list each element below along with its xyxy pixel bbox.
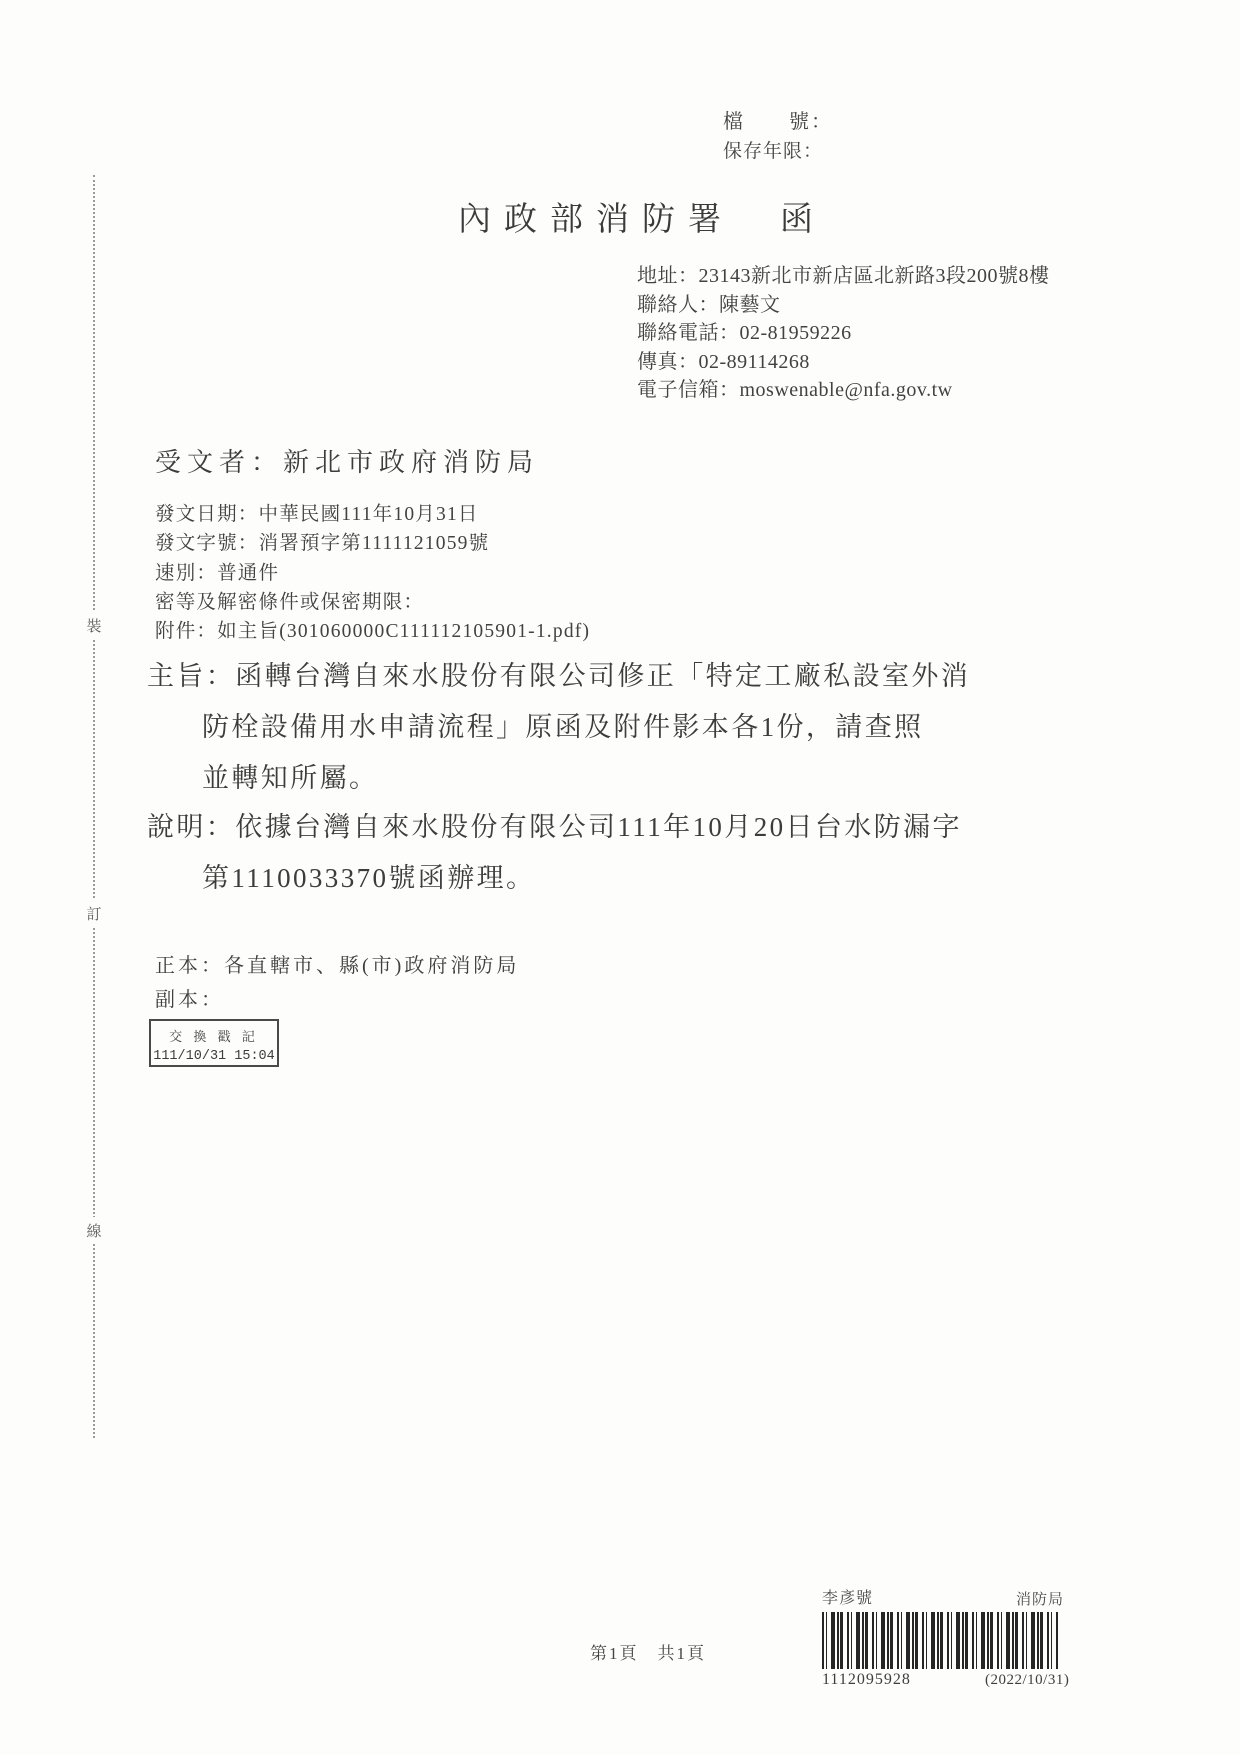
binding-mark-zhuang: 裝	[84, 612, 104, 639]
barcode-name-label: 李彥號	[822, 1591, 873, 1607]
subject-line-3: 並轉知所屬。	[202, 765, 378, 792]
carbon-copy-line: 副本：	[155, 990, 224, 1010]
security-class-line: 密等及解密條件或保密期限：	[155, 588, 590, 617]
description-line-1: 說明：依據台灣自來水股份有限公司111年10月20日台水防漏字	[147, 814, 962, 841]
document-page: 檔 號： 保存年限： 內政部消防署 函 地址：23143新北市新店區北新路3段2…	[0, 0, 1240, 1755]
issue-date-line: 發文日期：中華民國111年10月31日	[155, 500, 590, 529]
subject-line-2: 防栓設備用水申請流程」原函及附件影本各1份，請查照	[202, 714, 924, 741]
exchange-stamp-title: 交 換 戳 記	[151, 1026, 277, 1045]
attachment-line: 附件：如主旨(301060000C111112105901-1.pdf)	[155, 617, 590, 646]
document-meta-block: 發文日期：中華民國111年10月31日 發文字號：消署預字第1111121059…	[155, 500, 590, 646]
document-title: 內政部消防署 函	[458, 204, 826, 237]
exchange-stamp-box: 交 換 戳 記 111/10/31 15:04	[149, 1019, 279, 1067]
binding-dotted-line	[93, 175, 95, 1438]
description-line-2: 第1110033370號函辦理。	[202, 865, 535, 892]
sender-fax: 傳真：02-89114268	[637, 348, 1050, 377]
barcode-unit-label: 消防局	[1016, 1593, 1064, 1608]
sender-phone: 聯絡電話：02-81959226	[637, 319, 1050, 348]
exchange-stamp-datetime: 111/10/31 15:04	[151, 1049, 277, 1064]
doc-number-line: 發文字號：消署預字第1111121059號	[155, 529, 590, 558]
barcode-date: (2022/10/31)	[985, 1673, 1069, 1688]
retention-period-label: 保存年限：	[723, 142, 823, 161]
barcode-number: 1112095928	[822, 1672, 911, 1688]
recipient-line: 受文者：新北市政府消防局	[155, 450, 539, 476]
binding-mark-xian: 線	[84, 1217, 104, 1244]
speed-class-line: 速別：普通件	[155, 559, 590, 588]
sender-info-block: 地址：23143新北市新店區北新路3段200號8樓 聯絡人：陳藝文 聯絡電話：0…	[637, 262, 1050, 405]
page-number-info: 第1頁 共1頁	[590, 1645, 706, 1662]
barcode	[822, 1612, 1058, 1669]
sender-email: 電子信箱：moswenable@nfa.gov.tw	[637, 376, 1050, 405]
file-number-label: 檔 號：	[723, 112, 833, 132]
original-copy-line: 正本：各直轄市、縣(市)政府消防局	[155, 956, 519, 976]
sender-address: 地址：23143新北市新店區北新路3段200號8樓	[637, 262, 1050, 291]
subject-line-1: 主旨：函轉台灣自來水股份有限公司修正「特定工廠私設室外消	[147, 663, 970, 690]
binding-mark-ding: 訂	[84, 900, 104, 927]
sender-contact-person: 聯絡人：陳藝文	[637, 291, 1050, 320]
